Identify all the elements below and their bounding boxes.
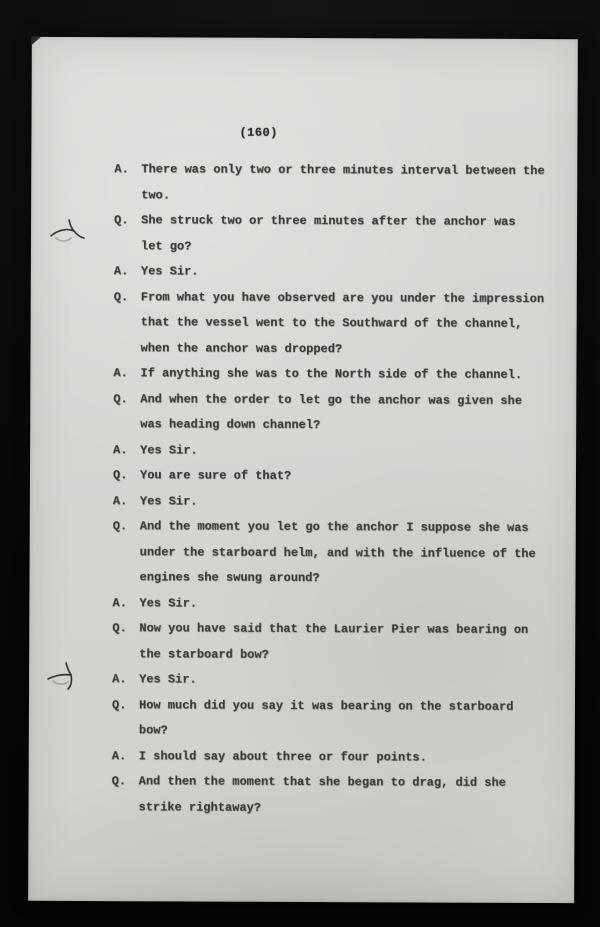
- transcript-line: Q.And when the order to let go the ancho…: [113, 387, 543, 414]
- transcript-line: when the anchor was dropped?: [113, 336, 543, 363]
- line-text: was heading down channel?: [140, 417, 320, 432]
- handwritten-tick-mark: [45, 659, 89, 695]
- line-text: And the moment you let go the anchor I s…: [140, 519, 529, 535]
- transcript-line: Q.And the moment you let go the anchor I…: [113, 514, 543, 541]
- paper-corner-speck: [32, 37, 41, 45]
- transcript-line: A.Yes Sir.: [112, 667, 542, 694]
- transcript-line: A.If anything she was to the North side …: [113, 361, 543, 388]
- line-text: Yes Sir.: [139, 672, 197, 686]
- transcript-line: two.: [114, 183, 544, 210]
- transcript-line: A.Yes Sir.: [114, 259, 544, 286]
- transcript-line: that the vessel went to the Southward of…: [114, 310, 544, 337]
- line-text: strike rightaway?: [138, 800, 260, 815]
- transcript-line: let go?: [114, 234, 544, 261]
- speaker-label: Q.: [114, 285, 141, 311]
- line-text: two.: [141, 188, 170, 202]
- speaker-label: Q.: [112, 616, 139, 642]
- transcript-line: A.Yes Sir.: [112, 591, 542, 618]
- line-text: If anything she was to the North side of…: [140, 366, 522, 382]
- speaker-label: A.: [112, 591, 139, 617]
- speaker-label: A.: [113, 361, 140, 387]
- transcript-line: was heading down channel?: [113, 412, 543, 439]
- transcript-line: Q.And then the moment that she began to …: [112, 769, 542, 796]
- transcript-line: strike rightaway?: [111, 795, 541, 822]
- line-text: There was only two or three minutes inte…: [141, 162, 544, 178]
- line-text: engines she swung around?: [139, 570, 319, 585]
- transcript-line: A.Yes Sir.: [113, 438, 543, 465]
- transcript-line: Q.From what you have observed are you un…: [114, 285, 544, 312]
- line-text: Now you have said that the Laurier Pier …: [139, 621, 528, 637]
- speaker-label: A.: [113, 489, 140, 515]
- handwritten-tick-mark: [47, 215, 89, 249]
- line-text: let go?: [141, 239, 191, 253]
- document-page: (160) A.There was only two or three minu…: [28, 37, 578, 903]
- line-text: Yes Sir.: [140, 494, 198, 508]
- speaker-label: Q.: [112, 693, 139, 719]
- line-text: Yes Sir.: [141, 264, 199, 278]
- line-text: How much did you say it was bearing on t…: [139, 698, 514, 714]
- line-text: She struck two or three minutes after th…: [141, 213, 516, 229]
- speaker-label: A.: [113, 438, 140, 464]
- line-text: bow?: [139, 723, 168, 737]
- scanner-background: (160) A.There was only two or three minu…: [0, 0, 600, 927]
- line-text: You are sure of that?: [140, 468, 291, 483]
- line-text: Yes Sir.: [140, 443, 198, 457]
- speaker-label: A.: [112, 667, 139, 693]
- speaker-label: A.: [114, 259, 141, 285]
- transcript-line: engines she swung around?: [112, 565, 542, 592]
- transcript-line: Q.Now you have said that the Laurier Pie…: [112, 616, 542, 643]
- line-text: And when the order to let go the anchor …: [140, 392, 522, 408]
- transcript-line: Q.How much did you say it was bearing on…: [112, 693, 542, 720]
- line-text: under the starboard helm, and with the i…: [140, 545, 536, 561]
- transcript-line: A.There was only two or three minutes in…: [114, 157, 544, 184]
- transcript-line: A.I should say about three or four point…: [112, 744, 542, 771]
- speaker-label: A.: [114, 157, 141, 183]
- transcript-body: A.There was only two or three minutes in…: [111, 157, 544, 822]
- line-text: Yes Sir.: [139, 596, 197, 610]
- line-text: when the anchor was dropped?: [141, 341, 343, 356]
- transcript-line: Q.She struck two or three minutes after …: [114, 208, 544, 235]
- speaker-label: A.: [112, 744, 139, 770]
- speaker-label: Q.: [112, 769, 139, 795]
- line-text: From what you have observed are you unde…: [141, 290, 544, 306]
- speaker-label: Q.: [114, 208, 141, 234]
- transcript-line: the starboard bow?: [112, 642, 542, 669]
- transcript-line: under the starboard helm, and with the i…: [113, 540, 543, 567]
- line-text: that the vessel went to the Southward of…: [141, 315, 523, 331]
- speaker-label: Q.: [113, 514, 140, 540]
- line-text: the starboard bow?: [139, 647, 269, 662]
- transcript-line: A.Yes Sir.: [113, 489, 543, 516]
- line-text: I should say about three or four points.: [139, 749, 427, 764]
- line-text: And then the moment that she began to dr…: [139, 774, 506, 790]
- speaker-label: Q.: [113, 387, 140, 413]
- speaker-label: Q.: [113, 463, 140, 489]
- transcript-line: bow?: [112, 718, 542, 745]
- page-number: (160): [239, 126, 278, 140]
- transcript-line: Q.You are sure of that?: [113, 463, 543, 490]
